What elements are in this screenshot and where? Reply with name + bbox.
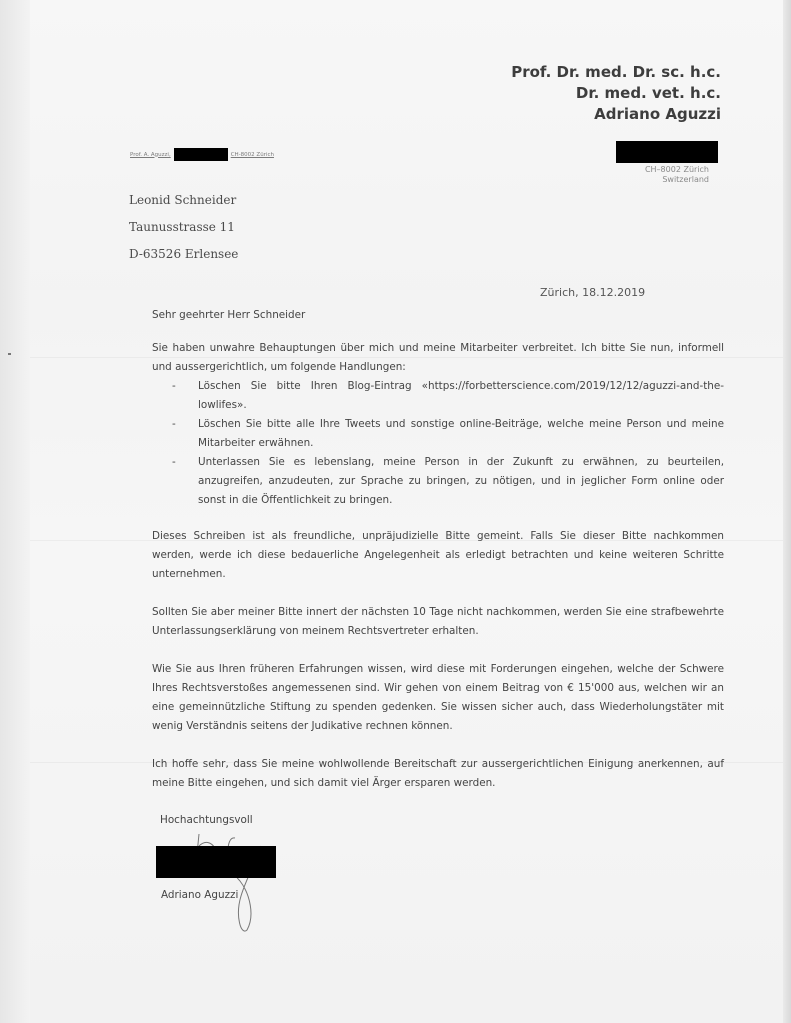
request-text: Unterlassen Sie es lebenslang, meine Per…	[198, 453, 724, 510]
recipient-street: Taunusstrasse 11	[129, 214, 238, 241]
recipient-city: D-63526 Erlensee	[129, 241, 238, 268]
request-text: Löschen Sie bitte Ihren Blog-Eintrag «ht…	[198, 377, 724, 415]
scan-edge-right	[783, 0, 791, 1023]
sender-city: CH-8002 Zürich	[231, 152, 274, 158]
request-list: - Löschen Sie bitte Ihren Blog-Eintrag «…	[172, 377, 724, 510]
redaction-box-address	[616, 141, 718, 163]
redaction-box-signature	[156, 846, 276, 878]
recipient-name: Leonid Schneider	[129, 187, 238, 214]
scan-speck	[8, 353, 11, 355]
letterhead-name: Adriano Aguzzi	[511, 104, 721, 125]
letter-date: Zürich, 18.12.2019	[540, 286, 645, 299]
closing-phrase: Hochachtungsvoll	[160, 814, 253, 826]
request-text: Löschen Sie bitte alle Ihre Tweets und s…	[198, 415, 724, 453]
sender-address-city: CH–8002 Zürich	[645, 165, 709, 175]
sender-address-country: Switzerland	[645, 175, 709, 185]
sender-return-line: Prof. A. Aguzzi, CH-8002 Zürich	[130, 148, 274, 161]
bullet-dash: -	[172, 377, 198, 415]
bullet-dash: -	[172, 453, 198, 510]
recipient-address: Leonid Schneider Taunusstrasse 11 D-6352…	[129, 187, 238, 268]
paragraph-intro: Sie haben unwahre Behauptungen über mich…	[152, 339, 724, 377]
request-item: - Unterlassen Sie es lebenslang, meine P…	[172, 453, 724, 510]
letterhead-title-1: Prof. Dr. med. Dr. sc. h.c.	[511, 62, 721, 83]
paragraph-closing: Ich hoffe sehr, dass Sie meine wohlwolle…	[152, 755, 724, 793]
paragraph-request: Dieses Schreiben ist als freundliche, un…	[152, 527, 724, 584]
paragraph-deadline: Sollten Sie aber meiner Bitte innert der…	[152, 603, 724, 641]
request-item: - Löschen Sie bitte Ihren Blog-Eintrag «…	[172, 377, 724, 415]
sender-name: Prof. A. Aguzzi,	[130, 152, 171, 158]
salutation: Sehr geehrter Herr Schneider	[152, 309, 305, 321]
letterhead-title-2: Dr. med. vet. h.c.	[511, 83, 721, 104]
redaction-box	[174, 148, 228, 161]
signatory-name: Adriano Aguzzi	[161, 889, 238, 901]
sender-address: CH–8002 Zürich Switzerland	[645, 165, 709, 185]
paragraph-demands: Wie Sie aus Ihren früheren Erfahrungen w…	[152, 660, 724, 736]
scan-edge-left	[0, 0, 30, 1023]
bullet-dash: -	[172, 415, 198, 453]
handwritten-signature	[195, 826, 285, 936]
letter-page: Prof. Dr. med. Dr. sc. h.c. Dr. med. vet…	[0, 0, 791, 1023]
letterhead: Prof. Dr. med. Dr. sc. h.c. Dr. med. vet…	[511, 62, 721, 125]
request-item: - Löschen Sie bitte alle Ihre Tweets und…	[172, 415, 724, 453]
